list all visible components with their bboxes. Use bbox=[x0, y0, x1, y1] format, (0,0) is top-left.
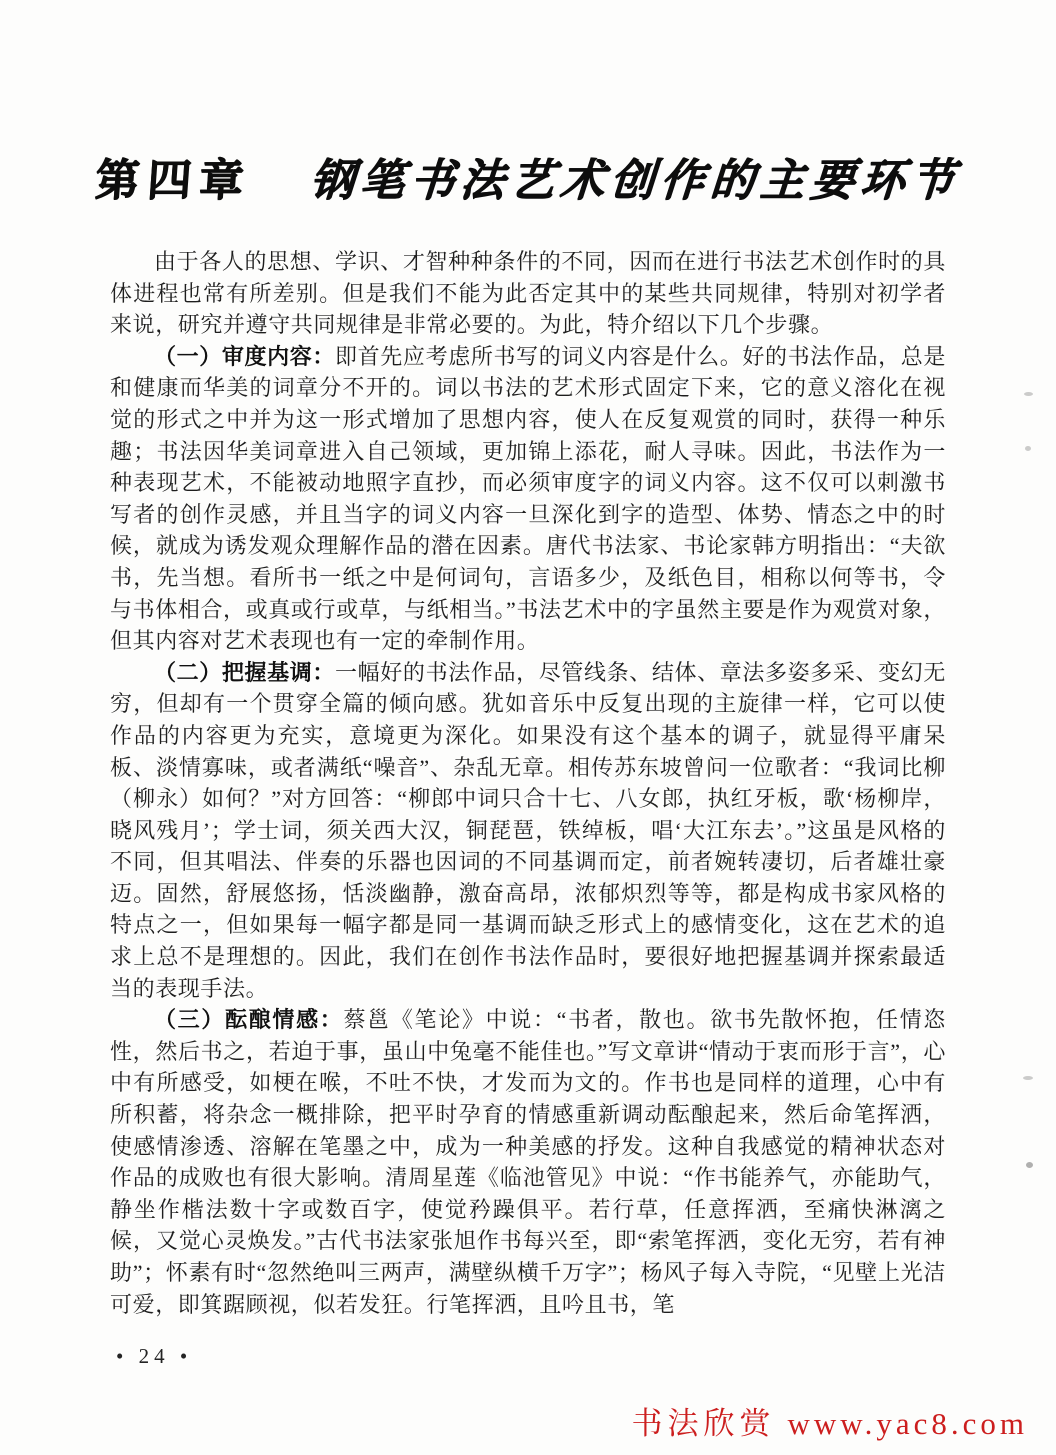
page-number: • 24 • bbox=[116, 1344, 192, 1369]
paragraph-text: 蔡邕《笔论》中说：“书者，散也。欲书先散怀抱，任情恣性，然后书之，若迫于事，虽山… bbox=[110, 1007, 946, 1316]
watermark-url: www.yac8.com bbox=[787, 1406, 1028, 1441]
paragraph-section-2: （二）把握基调：一幅好的书法作品，尽管线条、结体、章法多姿多采、变幻无穷，但却有… bbox=[110, 657, 946, 1005]
scan-speck bbox=[1023, 1076, 1033, 1080]
scan-speck bbox=[1025, 446, 1031, 451]
paragraph-lead: （一）审度内容： bbox=[154, 344, 335, 369]
paragraph-section-3: （三）酝酿情感：蔡邕《笔论》中说：“书者，散也。欲书先散怀抱，任情恣性，然后书之… bbox=[110, 1004, 946, 1320]
page-body: 由于各人的思想、学识、才智种种条件的不同，因而在进行书法艺术创作时的具体进程也常… bbox=[110, 246, 946, 1320]
chapter-name: 钢笔书法艺术创作的主要环节 bbox=[308, 156, 961, 205]
watermark: 书法欣赏www.yac8.com bbox=[631, 1398, 1028, 1443]
paragraph-text: 一幅好的书法作品，尽管线条、结体、章法多姿多采、变幻无穷，但却有一个贯穿全篇的倾… bbox=[110, 660, 946, 1001]
paragraph-lead: （三）酝酿情感： bbox=[154, 1007, 343, 1032]
chapter-title: 第四章 钢笔书法艺术创作的主要环节 bbox=[0, 144, 1056, 208]
scan-speck bbox=[1026, 1162, 1033, 1168]
paragraph-text: 即首先应考虑所书写的词义内容是什么。好的书法作品，总是和健康而华美的词章分不开的… bbox=[110, 344, 946, 653]
watermark-site-name: 书法欣赏 bbox=[631, 1406, 775, 1441]
paragraph-section-1: （一）审度内容：即首先应考虑所书写的词义内容是什么。好的书法作品，总是和健康而华… bbox=[110, 341, 946, 657]
paragraph-lead: （二）把握基调： bbox=[154, 660, 335, 685]
book-page: 第四章 钢笔书法艺术创作的主要环节 由于各人的思想、学识、才智种种条件的不同，因… bbox=[0, 0, 1056, 1455]
paragraph-text: 由于各人的思想、学识、才智种种条件的不同，因而在进行书法艺术创作时的具体进程也常… bbox=[110, 249, 946, 337]
scan-speck bbox=[1024, 392, 1033, 396]
chapter-number: 第四章 bbox=[93, 156, 252, 205]
paragraph-intro: 由于各人的思想、学识、才智种种条件的不同，因而在进行书法艺术创作时的具体进程也常… bbox=[110, 246, 946, 341]
